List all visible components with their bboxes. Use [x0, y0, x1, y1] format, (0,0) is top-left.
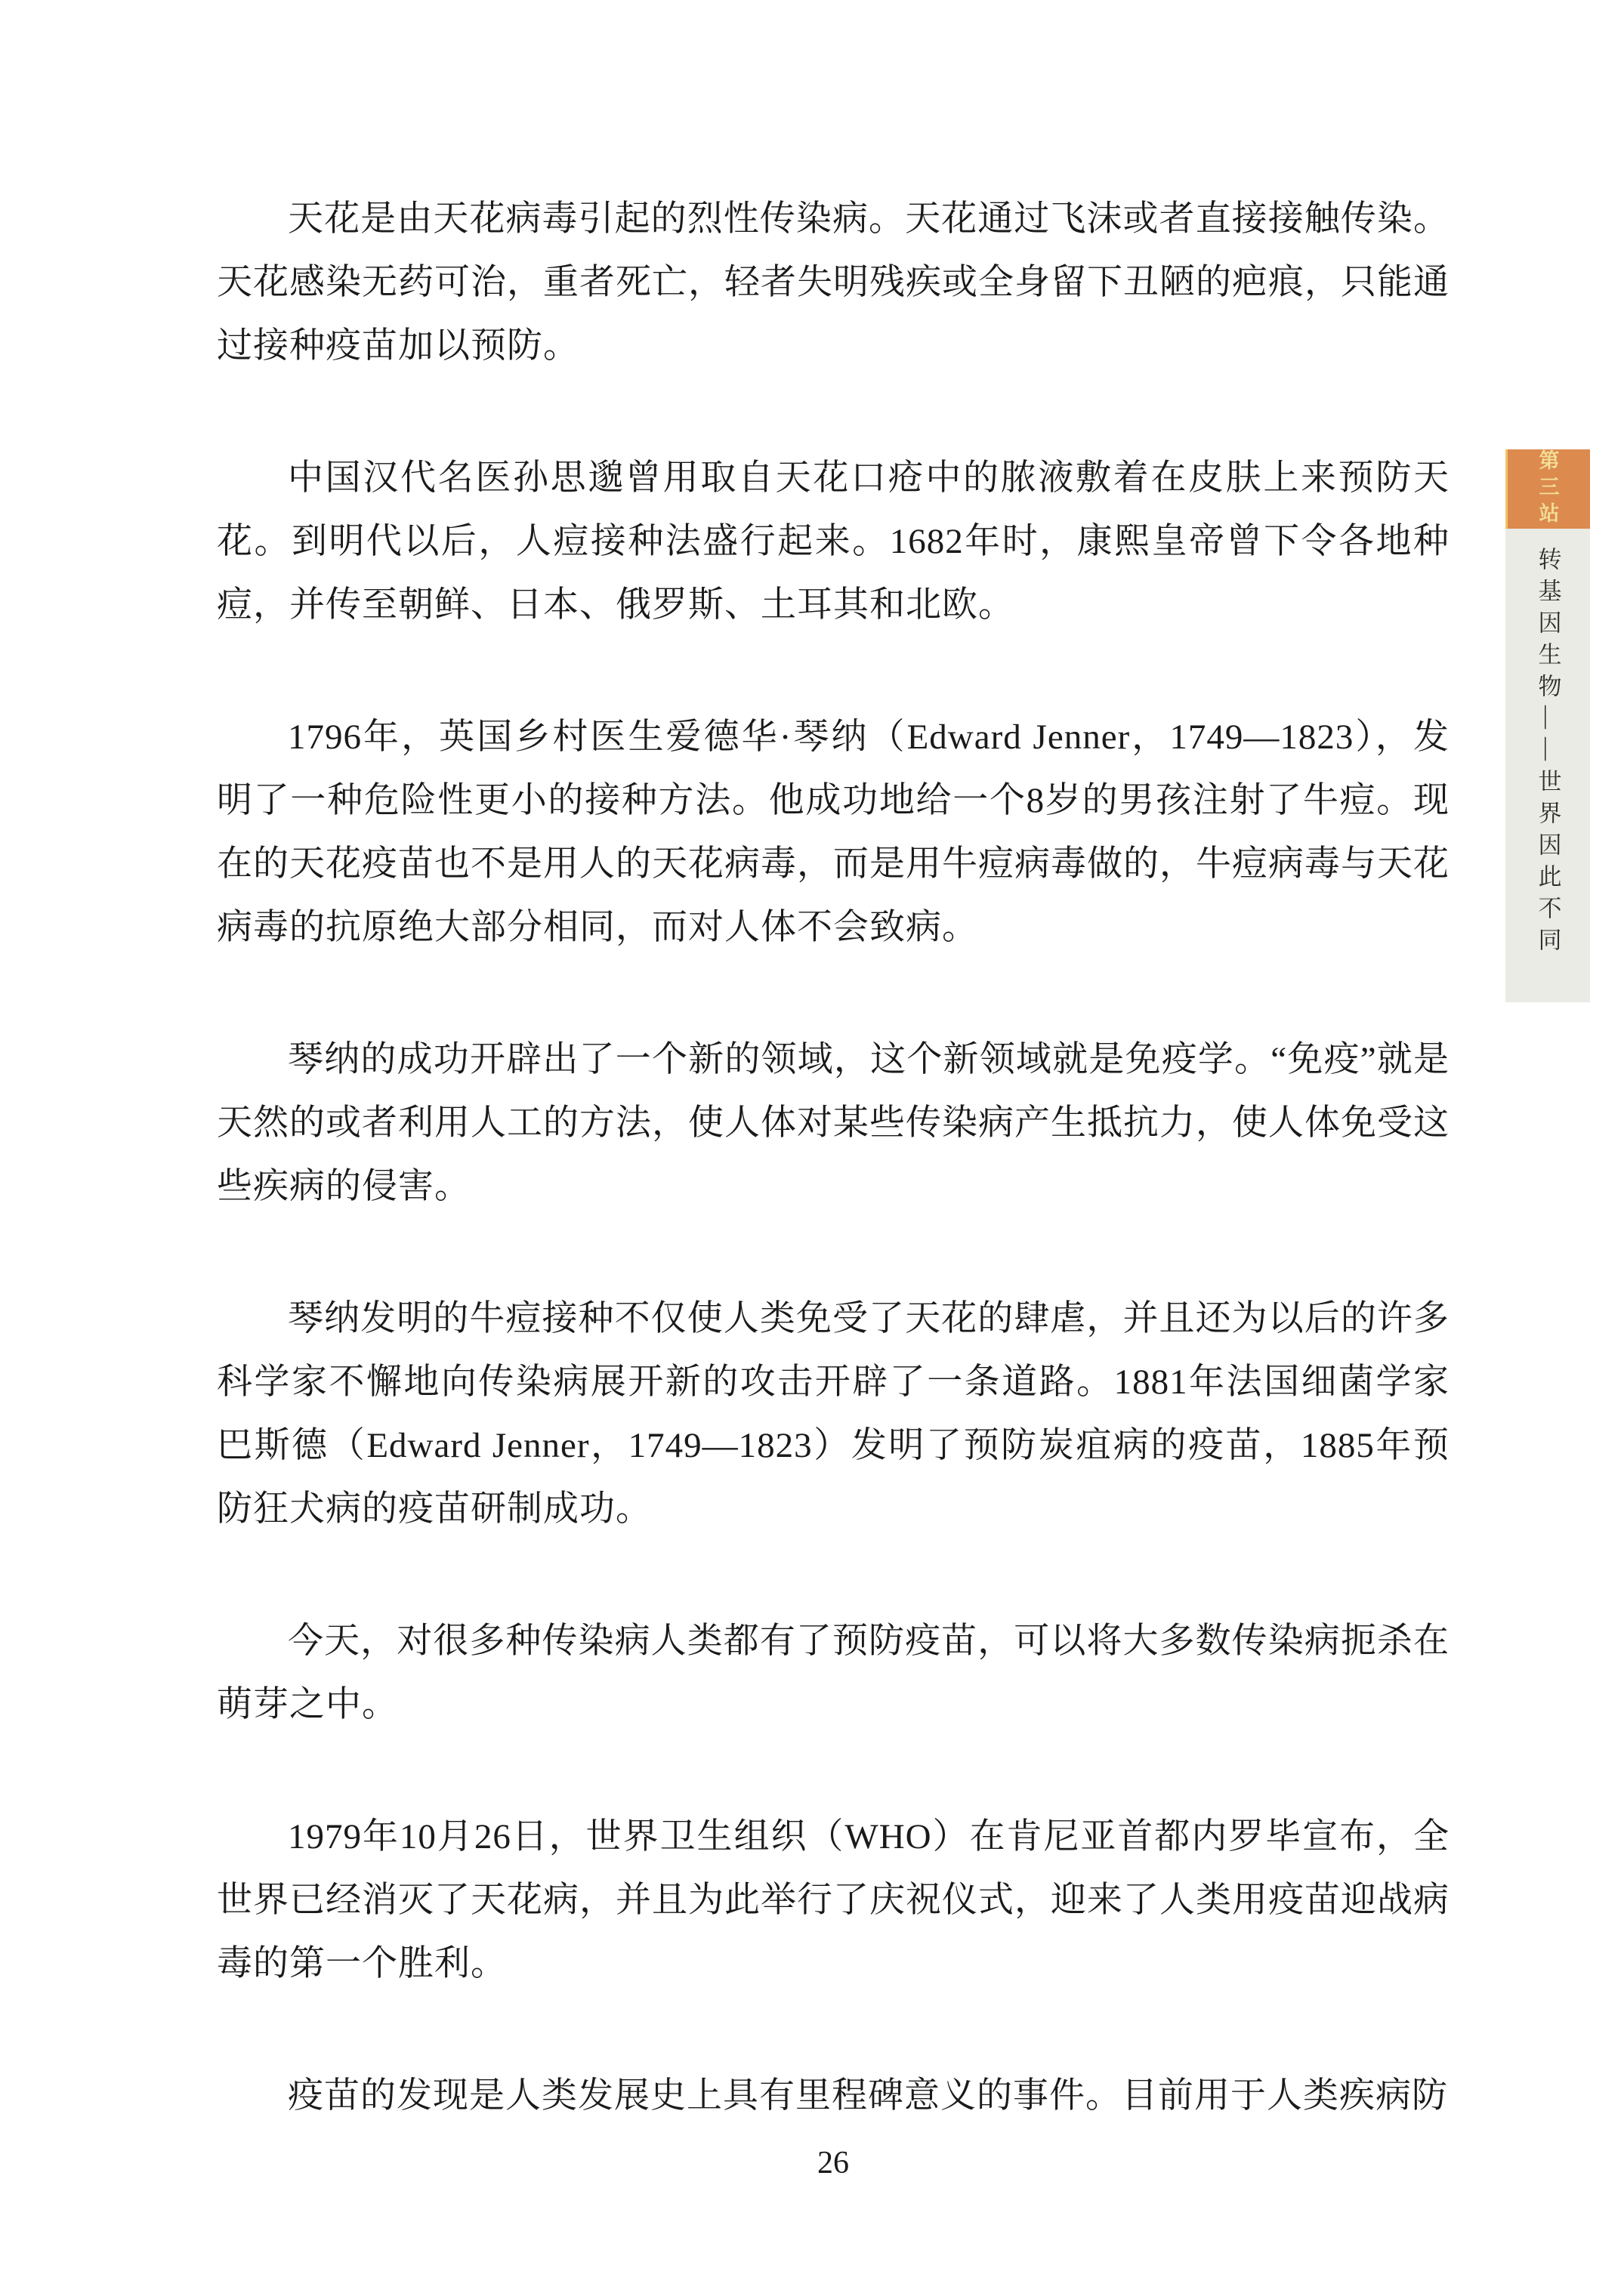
paragraph: 琴纳发明的牛痘接种不仅使人类免受了天花的肆虐，并且还为以后的许多科学家不懈地向传… [217, 1287, 1450, 1541]
paragraph: 天花是由天花病毒引起的烈性传染病。天花通过飞沫或者直接接触传染。天花感染无药可治… [217, 187, 1450, 378]
body-text-column: 天花是由天花病毒引起的烈性传染病。天花通过飞沫或者直接接触传染。天花感染无药可治… [217, 187, 1450, 2128]
chapter-title-text: 转基因生物——世界因此不同 [1531, 547, 1565, 1002]
book-page: 天花是由天花病毒引起的烈性传染病。天花通过飞沫或者直接接触传染。天花感染无药可治… [0, 0, 1624, 2296]
chapter-tab-label: 第三站 [1533, 449, 1563, 529]
paragraph: 1796年，英国乡村医生爱德华·琴纳（Edward Jenner，1749—18… [217, 705, 1450, 959]
chapter-tab-header: 第三站 [1505, 449, 1590, 529]
chapter-title-strip: 转基因生物——世界因此不同 [1505, 529, 1590, 1002]
paragraph: 1979年10月26日，世界卫生组织（WHO）在肯尼亚首都内罗毕宣布，全世界已经… [217, 1805, 1450, 1995]
page-number: 26 [217, 2145, 1450, 2181]
paragraph: 今天，对很多种传染病人类都有了预防疫苗，可以将大多数传染病扼杀在萌芽之中。 [217, 1609, 1450, 1736]
paragraph: 琴纳的成功开辟出了一个新的领域，这个新领域就是免疫学。“免疫”就是天然的或者利用… [217, 1028, 1450, 1218]
chapter-side-tab: 第三站 转基因生物——世界因此不同 [1505, 449, 1590, 1002]
paragraph: 疫苗的发现是人类发展史上具有里程碑意义的事件。目前用于人类疾病防 [217, 2064, 1450, 2128]
paragraph: 中国汉代名医孙思邈曾用取自天花口疮中的脓液敷着在皮肤上来预防天花。到明代以后，人… [217, 446, 1450, 637]
